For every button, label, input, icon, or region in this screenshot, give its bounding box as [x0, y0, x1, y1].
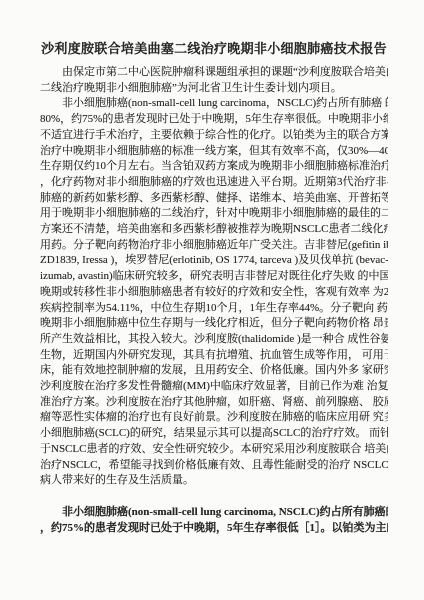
paragraph-body-bold-intro: 非小细胞肺癌(non-small-cell lung carcinoma, NS… — [40, 505, 388, 536]
text-line: 肺癌的新药如紫杉醇、多西紫杉醇、健择、诺维本、培美曲塞、开普拓等开始 应 — [40, 191, 388, 207]
text-line: 非小细胞肺癌(non-small-cell lung carcinoma, NS… — [40, 505, 388, 521]
paragraph-body-main: 非小细胞肺癌(non-small-cell lung carcinoma，NSC… — [40, 96, 388, 489]
text-line: 所产生效益相比，其投入较大。沙利度胺(thalidomide )是一种合 成性谷… — [40, 332, 388, 348]
paragraph-project-source: 由保定市第二中心医院肿瘤科课题组承担的课题“沙利度胺联合培美曲塞二线治疗晚期非小… — [40, 65, 388, 96]
text-line: 沙利度胺在治疗多发性骨髓瘤(MM)中临床疗效显著，目前已作为难 治复发MM的标 — [40, 379, 388, 395]
text-line: 晚期或转移性非小细胞肺癌患者有较好的疗效和安全性，客观有效率 为27.10%， — [40, 285, 388, 301]
text-line: 疾病控制率为54.11%，中位生存期10个月，1年生存率44%。分子靶向 药物治… — [40, 301, 388, 317]
document-page: 沙利度胺联合培美曲塞二线治疗晚期非小细胞肺癌技术报告 由保定市第二中心医院肿瘤科… — [0, 0, 424, 600]
text-line: ZD1839, Iressa )，埃罗替尼(erlotinib, OS 1774… — [40, 253, 388, 269]
text-line: 病人带来好的生存及生活质量。 — [40, 473, 388, 489]
text-line: 于NSCLC患者的疗效、安全性研究较少。本研究采用沙利度胺联合 培美曲塞方案 — [40, 442, 388, 458]
text-line: 晚期非小细胞肺癌中位生存期与一线化疗相近，但分子靶向药物价格 昂贵，与其 — [40, 316, 388, 332]
text-line: 生存期仅约10个月左右。当含铂双药方案成为晚期非小细胞肺癌标准治疗的同 时 — [40, 159, 388, 175]
text-line: 治疗NSCLC，希望能寻找到价格低廉有效、且毒性能耐受的治疗 NSCLC的方案，… — [40, 458, 388, 474]
text-line: 由保定市第二中心医院肿瘤科课题组承担的课题“沙利度胺联合培美曲塞 — [40, 65, 388, 81]
text-line: 80%，约75%的患者发现时已处于中晚期，5年生存率很低。中晚期非小细胞肺 癌 — [40, 112, 388, 128]
text-line: ，化疗药物对非小细胞肺癌的疗效也迅速进入平台期。近期第3代治疗非小细 胞 — [40, 175, 388, 191]
document-title: 沙利度胺联合培美曲塞二线治疗晚期非小细胞肺癌技术报告 — [40, 38, 388, 57]
text-line: 用药。分子靶向药物治疗非小细胞肺癌近年广受关注。吉非替尼(gefitin ib, — [40, 238, 388, 254]
text-line: 床，能有效地控制肿瘤的发展，且用药安全、价格低廉。国内外多 家研究表明， — [40, 363, 388, 379]
text-line: 准治疗方案。沙利度胺在治疗其他肿瘤，如肝癌、肾癌、前列腺癌、 胶质母细胞 — [40, 395, 388, 411]
text-line: 二线治疗晚期非小细胞肺癌”为河北省卫生计生委计划内项目。 — [40, 81, 388, 97]
text-line: 不适宜进行手术治疗，主要依赖于综合性的化疗。以铂类为主的联合方案是目 前 — [40, 128, 388, 144]
text-line: 小细胞肺癌(SCLC)的研究，结果显示其可以提高SCLC的治疗疗效。 而针对其应… — [40, 426, 388, 442]
text-line: izumab, avastin)临床研究较多，研究表明吉非替尼对既往化疗失败 的… — [40, 269, 388, 285]
text-line: 非小细胞肺癌(non-small-cell lung carcinoma，NSC… — [40, 96, 388, 112]
text-line: 治疗中晚期非小细胞肺癌的标准一线方案，但其有效率不高，仅30%—40%，中 位 — [40, 144, 388, 160]
text-line: 瘤等恶性实体瘤的治疗也有良好前景。沙利度胺在肺癌的临床应用研 究多为针对 — [40, 410, 388, 426]
text-line: 方案还不清楚，培美曲塞和多西紫杉醇被推荐为晚期NSCLC患者二线化疗的标 准 — [40, 222, 388, 238]
text-line: 生物，近期国内外研究发现，其具有抗增殖、抗血管生成等作用， 可用于肿瘤临 — [40, 348, 388, 364]
text-line: 用于晚期非小细胞肺癌的二线治疗，针对中晚期非小细胞肺癌的最佳的二线化 疗 — [40, 206, 388, 222]
text-line: ，约75%的患者发现时已处于中晚期，5年生存率很低［1］。以铂类为主的联合 — [40, 521, 388, 537]
